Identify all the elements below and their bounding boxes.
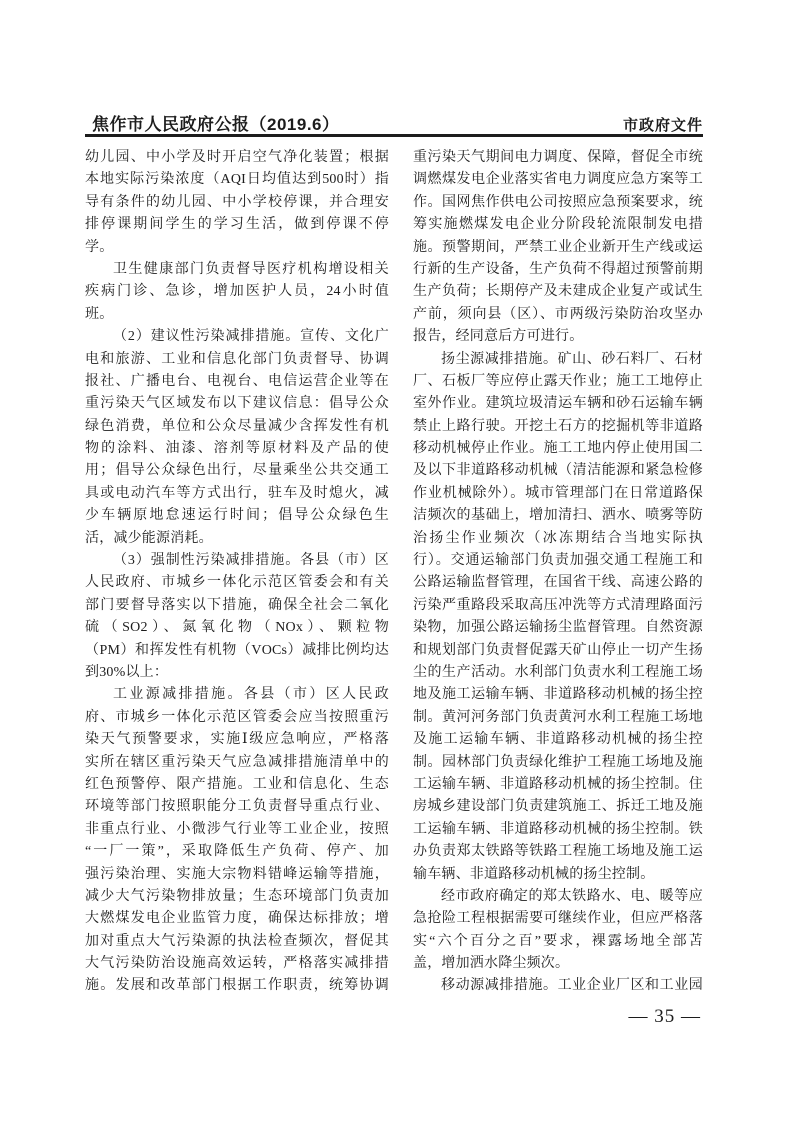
text-line: 办负责郑太铁路等铁路工程施工场地及施工运: [413, 841, 703, 863]
paragraph: 扬尘源减排措施。矿山、砂石料厂、石材厂、石板厂等应停止露天作业；施工工地停止室外…: [413, 349, 703, 886]
text-line: 行）。交通运输部门负责加强交通工程施工和: [413, 550, 703, 572]
text-line: 工业源减排措施。各县（市）区人民政: [85, 684, 389, 706]
text-line: 本地实际污染浓度（AQI日均值达到500时）指: [85, 169, 389, 191]
text-line: 作业机械除外）。城市管理部门在日常道路保: [413, 483, 703, 505]
text-line: 厂、石板厂等应停止露天作业；施工工地停止: [413, 371, 703, 393]
text-line: 用；倡导公众绿色出行，尽量乘坐公共交通工: [85, 460, 389, 482]
text-line: 染天气预警要求，实施Ⅰ级应急响应，严格落: [85, 729, 389, 751]
text-line: 绿色消费，单位和公众尽量减少含挥发性有机: [85, 416, 389, 438]
paragraph: 移动源减排措施。工业企业厂区和工业园: [413, 975, 703, 997]
text-line: 盖，增加洒水降尘频次。: [413, 953, 703, 975]
page-number: — 35 —: [629, 1006, 702, 1027]
header-right-title: 市政府文件: [623, 114, 703, 135]
text-line: 行新的生产设备，生产负荷不得超过预警前期: [413, 259, 703, 281]
text-line: 实所在辖区重污染天气应急减排措施清单中的: [85, 752, 389, 774]
text-line: 洁频次的基础上，增加清扫、洒水、喷雾等防: [413, 505, 703, 527]
text-line: 输车辆、非道路移动机械的扬尘控制。: [413, 864, 703, 886]
text-line: 公路运输监督管理，在国省干线、高速公路的: [413, 572, 703, 594]
right-column: 重污染天气期间电力调度、保障，督促全市统调燃煤发电企业落实省电力调度应急方案等工…: [413, 147, 703, 998]
paragraph: （3）强制性污染减排措施。各县（市）区人民政府、市城乡一体化示范区管委会和有关部…: [85, 550, 389, 684]
text-line: 重污染天气区域发布以下建议信息：倡导公众: [85, 393, 389, 415]
text-line: 卫生健康部门负责督导医疗机构增设相关: [85, 259, 389, 281]
text-line: 报社、广播电台、电视台、电信运营企业等在: [85, 371, 389, 393]
text-line: 移动源减排措施。工业企业厂区和工业园: [413, 975, 703, 997]
text-line: 禁止上路行驶。开挖土石方的挖掘机等非道路: [413, 416, 703, 438]
text-line: 到30%以上：: [85, 662, 389, 684]
page-header: 焦作市人民政府公报（2019.6） 市政府文件: [85, 110, 703, 135]
text-line: 重污染天气期间电力调度、保障，督促全市统: [413, 147, 703, 169]
text-line: 大燃煤发电企业监管力度，确保达标排放；增: [85, 908, 389, 930]
text-line: 硫（SO2）、氮氧化物（NOx）、颗粒物: [85, 617, 389, 639]
text-line: 少车辆原地怠速运行时间；倡导公众绿色生: [85, 505, 389, 527]
page-footer: — 35 —: [629, 1006, 702, 1028]
text-line: 染物，加强公路运输扬尘监督管理。自然资源: [413, 617, 703, 639]
text-line: 急抢险工程根据需要可继续作业，但应严格落: [413, 908, 703, 930]
text-line: “一厂一策”，采取降低生产负荷、停产、加: [85, 841, 389, 863]
text-line: 导有条件的幼儿园、中小学校停课，并合理安: [85, 192, 389, 214]
paragraph: 幼儿园、中小学及时开启空气净化装置；根据本地实际污染浓度（AQI日均值达到500…: [85, 147, 389, 259]
paragraph: 工业源减排措施。各县（市）区人民政府、市城乡一体化示范区管委会应当按照重污染天气…: [85, 684, 389, 997]
text-line: 施。预警期间，严禁工业企业新开生产线或运: [413, 237, 703, 259]
text-line: 实“六个百分之百”要求，裸露场地全部苫: [413, 931, 703, 953]
text-line: 物的涂料、油漆、溶剂等原材料及产品的使: [85, 438, 389, 460]
header-rule: [85, 134, 703, 137]
text-line: 及施工运输车辆、非道路移动机械的扬尘控: [413, 729, 703, 751]
text-line: 生产负荷；长期停产及未建成企业复产或试生: [413, 281, 703, 303]
text-line: 疾病门诊、急诊，增加医护人员，24小时值: [85, 281, 389, 303]
text-line: 地及施工运输车辆、非道路移动机械的扬尘控: [413, 684, 703, 706]
text-line: 强污染治理、实施大宗物料错峰运输等措施，: [85, 864, 389, 886]
text-line: 大气污染防治设施高效运转，严格落实减排措: [85, 953, 389, 975]
text-line: 施。发展和改革部门根据工作职责，统筹协调: [85, 975, 389, 997]
paragraph: 经市政府确定的郑太铁路水、电、暖等应急抢险工程根据需要可继续作业，但应严格落实“…: [413, 886, 703, 976]
text-line: 及以下非道路移动机械（清洁能源和紧急检修: [413, 460, 703, 482]
text-line: 尘的生产活动。水利部门负责水利工程施工场: [413, 662, 703, 684]
text-line: 经市政府确定的郑太铁路水、电、暖等应: [413, 886, 703, 908]
text-line: 调燃煤发电企业落实省电力调度应急方案等工: [413, 169, 703, 191]
text-line: 制。园林部门负责绿化维护工程施工场地及施: [413, 752, 703, 774]
paragraph: （2）建议性污染减排措施。宣传、文化广电和旅游、工业和信息化部门负责督导、协调报…: [85, 326, 389, 550]
text-line: 室外作业。建筑垃圾清运车辆和砂石运输车辆: [413, 393, 703, 415]
text-line: 报告，经同意后方可进行。: [413, 326, 703, 348]
text-line: 班。: [85, 304, 389, 326]
text-line: 污染严重路段采取高压冲洗等方式清理路面污: [413, 595, 703, 617]
paragraph: 重污染天气期间电力调度、保障，督促全市统调燃煤发电企业落实省电力调度应急方案等工…: [413, 147, 703, 349]
text-line: 移动机械停止作业。施工工地内停止使用国二: [413, 438, 703, 460]
text-line: 产前，须向县（区）、市两级污染防治攻坚办: [413, 304, 703, 326]
text-line: 扬尘源减排措施。矿山、砂石料厂、石材: [413, 349, 703, 371]
page-body: 幼儿园、中小学及时开启空气净化装置；根据本地实际污染浓度（AQI日均值达到500…: [85, 147, 703, 998]
text-line: 人民政府、市城乡一体化示范区管委会和有关: [85, 572, 389, 594]
text-line: 工运输车辆、非道路移动机械的扬尘控制。铁: [413, 819, 703, 841]
document-page: 焦作市人民政府公报（2019.6） 市政府文件 幼儿园、中小学及时开启空气净化装…: [0, 0, 793, 1122]
text-line: 部门要督导落实以下措施，确保全社会二氧化: [85, 595, 389, 617]
text-line: （3）强制性污染减排措施。各县（市）区: [85, 550, 389, 572]
text-line: 和规划部门负责督促露天矿山停止一切产生扬: [413, 640, 703, 662]
text-line: 具或电动汽车等方式出行，驻车及时熄火，减: [85, 483, 389, 505]
text-line: （PM）和挥发性有机物（VOCs）减排比例均达: [85, 640, 389, 662]
text-line: 活，减少能源消耗。: [85, 528, 389, 550]
text-line: 幼儿园、中小学及时开启空气净化装置；根据: [85, 147, 389, 169]
text-line: 府、市城乡一体化示范区管委会应当按照重污: [85, 707, 389, 729]
text-line: 制。黄河河务部门负责黄河水利工程施工场地: [413, 707, 703, 729]
header-left-title: 焦作市人民政府公报（2019.6）: [85, 110, 340, 135]
text-line: 学。: [85, 237, 389, 259]
text-line: 红色预警停、限产措施。工业和信息化、生态: [85, 774, 389, 796]
text-line: 非重点行业、小微涉气行业等工业企业，按照: [85, 819, 389, 841]
left-column: 幼儿园、中小学及时开启空气净化装置；根据本地实际污染浓度（AQI日均值达到500…: [85, 147, 389, 998]
text-line: （2）建议性污染减排措施。宣传、文化广: [85, 326, 389, 348]
text-line: 筹实施燃煤发电企业分阶段轮流限制发电措: [413, 214, 703, 236]
text-line: 治扬尘作业频次（冰冻期结合当地实际执: [413, 528, 703, 550]
text-line: 加对重点大气污染源的执法检查频次，督促其: [85, 931, 389, 953]
text-line: 电和旅游、工业和信息化部门负责督导、协调: [85, 349, 389, 371]
text-line: 房城乡建设部门负责建筑施工、拆迁工地及施: [413, 796, 703, 818]
text-line: 作。国网焦作供电公司按照应急预案要求，统: [413, 192, 703, 214]
text-line: 减少大气污染物排放量；生态环境部门负责加: [85, 886, 389, 908]
text-line: 环境等部门按照职能分工负责督导重点行业、: [85, 796, 389, 818]
text-line: 工运输车辆、非道路移动机械的扬尘控制。住: [413, 774, 703, 796]
paragraph: 卫生健康部门负责督导医疗机构增设相关疾病门诊、急诊，增加医护人员，24小时值班。: [85, 259, 389, 326]
text-line: 排停课期间学生的学习生活，做到停课不停: [85, 214, 389, 236]
